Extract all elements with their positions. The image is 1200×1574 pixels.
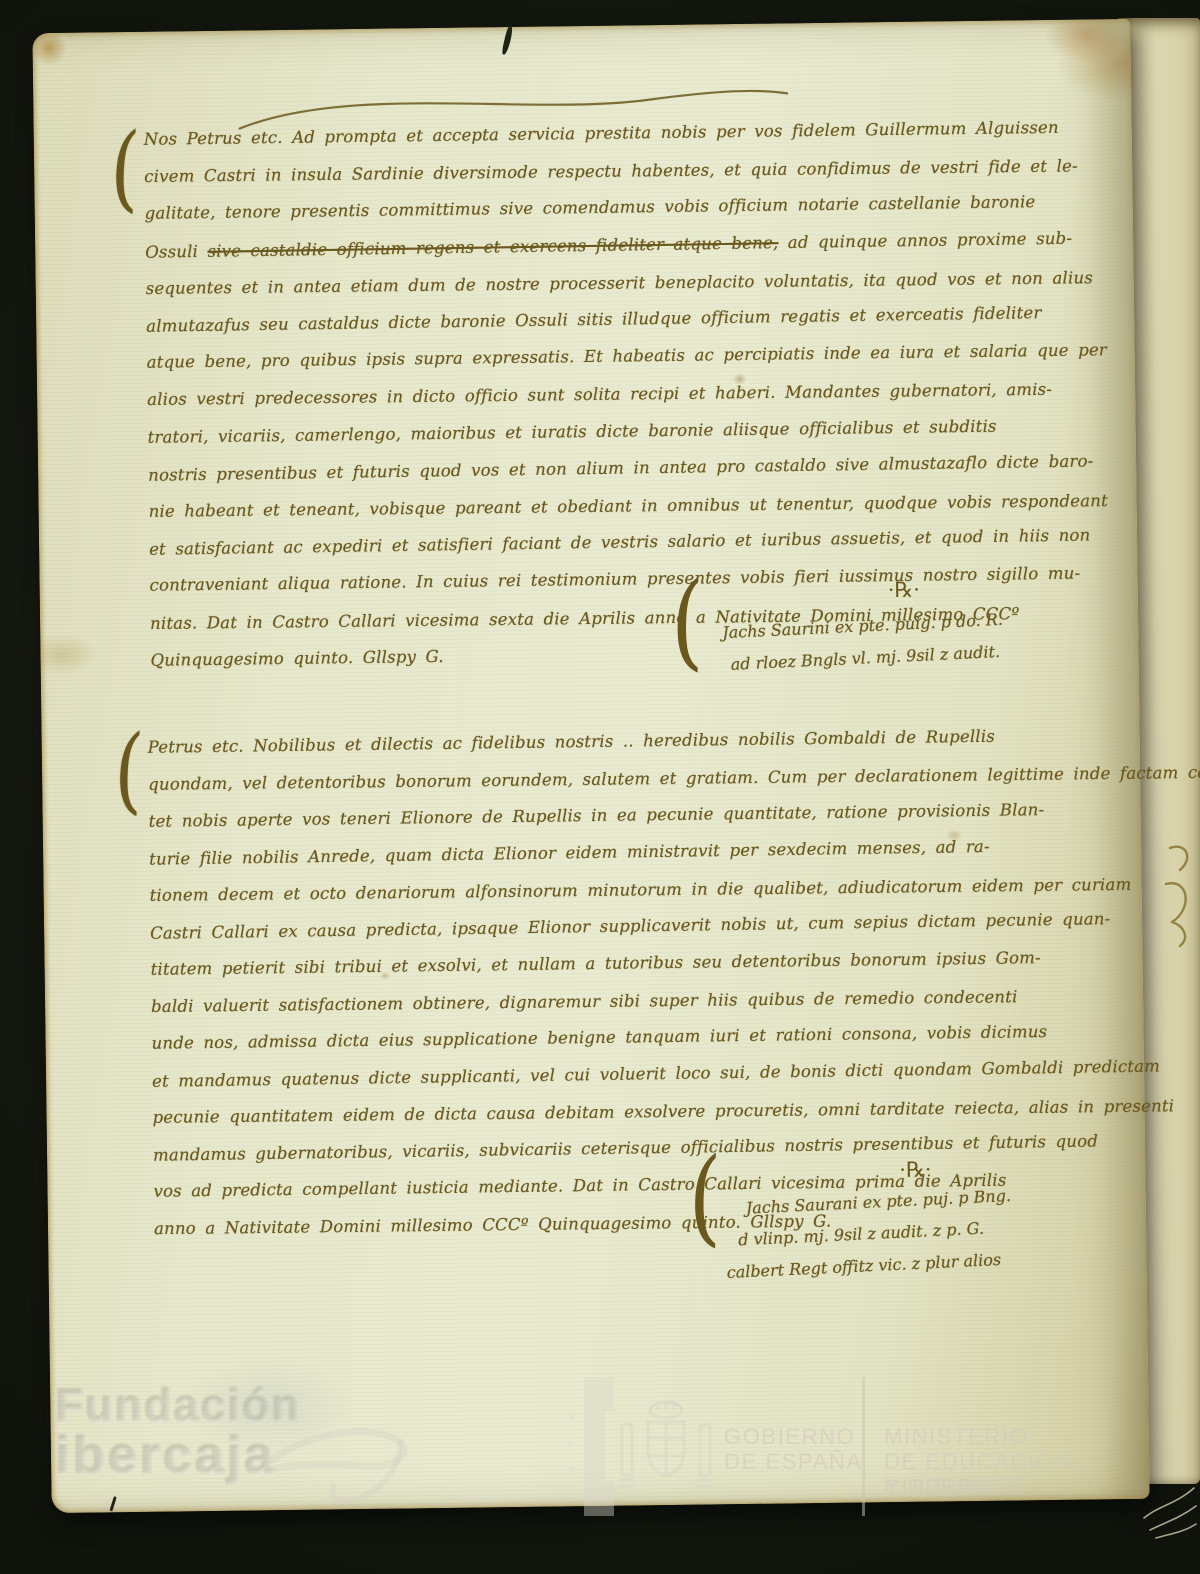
manuscript-line-cancelled: Ossuli sive castaldie officium regens et… [145, 228, 1072, 262]
manuscript-line: galitate, tenore presentis committimus s… [145, 193, 1036, 225]
signoff-paraph-mark: ( [679, 1137, 730, 1261]
manuscript-line: Quinquagesimo quinto. Gllspy G. [150, 647, 443, 671]
paragraph-paraph-mark: ( [108, 716, 149, 826]
manuscript-line: alios vestri predecessores in dicto offi… [147, 380, 1052, 410]
manuscript-line: quondam, vel detentoribus bonorum eorund… [148, 763, 1200, 795]
manuscript-line: civem Castri in insula Sardinie diversim… [144, 157, 1078, 188]
line-segment: Ossuli [145, 241, 208, 261]
archival-scan: { "manuscript": { "description": "Royal … [0, 0, 1200, 1574]
cancelled-text: sive castaldie officium regens et exerce… [207, 233, 778, 261]
manuscript-line: titatem petierit sibi tribui et exsolvi,… [150, 948, 1040, 980]
manuscript-line: nie habeant et teneant, vobisque pareant… [149, 491, 1108, 522]
manuscript-line: unde nos, admissa dicta eius supplicatio… [151, 1022, 1047, 1054]
signoff-line: calbert Regt offitz vic. z plur alios [726, 1250, 1001, 1282]
paragraph-paraph-mark: ( [104, 114, 145, 224]
manuscript-line: et satisfaciant ac expediri et satisfier… [149, 526, 1091, 560]
charter-entry-2: ( Petrus etc. Nobilibus et dilectis ac f… [148, 726, 1078, 738]
stray-pen-mark [109, 1496, 116, 1511]
manuscript-line: pecunie quantitatem eidem de dicta causa… [152, 1096, 1174, 1128]
manuscript-line: tratori, vicariis, camerlengo, maioribus… [148, 416, 997, 447]
registration-mark: ·℞· [888, 578, 920, 602]
manuscript-line: et mandamus quatenus dicte supplicanti, … [152, 1057, 1160, 1092]
signoff-line: Jachs Saurani ex pte. puj. p Bng. [745, 1186, 1011, 1218]
manuscript-line: nostris presentibus et futuris quod vos … [148, 451, 1094, 485]
registration-mark: ·℞· [899, 1158, 931, 1182]
manuscript-line: Castri Callari ex causa predicta, ipsaqu… [150, 909, 1111, 944]
manuscript-line: tet nobis aperte vos teneri Elionore de … [149, 800, 1045, 832]
paper-tear-notch [501, 25, 514, 56]
signoff-line: d vlinp. mj. 9sil z audit. z p. G. [738, 1219, 985, 1250]
signoff-line: ad rloez Bngls vl. mj. 9sil z audit. [730, 642, 1000, 674]
manuscript-line: tionem decem et octo denariorum alfonsin… [150, 875, 1132, 906]
paper-fiber-icon [1136, 1478, 1200, 1550]
ink-fragment-icon [1156, 840, 1200, 950]
signoff-line: Jachs Saurini ex pte. puig. p do. R. [722, 610, 1003, 642]
chancery-signoff-2: ( ·℞· Jachs Saurani ex pte. puj. p Bng. … [687, 1143, 1119, 1319]
manuscript-page: ( Nos Petrus etc. Ad prompta et accepta … [32, 19, 1149, 1513]
manuscript-line: turie filie nobilis Anrede, quam dicta E… [149, 837, 990, 870]
line-segment: ad quinque annos proxime sub- [778, 228, 1072, 251]
charter-entry-1: ( Nos Petrus etc. Ad prompta et accepta … [144, 118, 1074, 130]
manuscript-line: Nos Petrus etc. Ad prompta et accepta se… [144, 118, 1059, 150]
manuscript-line: atque bene, pro quibus ipsis supra expre… [147, 340, 1108, 373]
manuscript-line: Petrus etc. Nobilibus et dilectis ac fid… [148, 727, 996, 758]
chancery-signoff-1: ( ·℞· Jachs Saurini ex pte. puig. p do. … [669, 567, 1091, 712]
manuscript-line: baldi valuerit satisfactionem obtinere, … [151, 987, 1018, 1017]
manuscript-line: sequentes et in antea etiam dum de nostr… [146, 268, 1093, 299]
manuscript-line: almutazafus seu castaldus dicte baronie … [146, 303, 1042, 337]
